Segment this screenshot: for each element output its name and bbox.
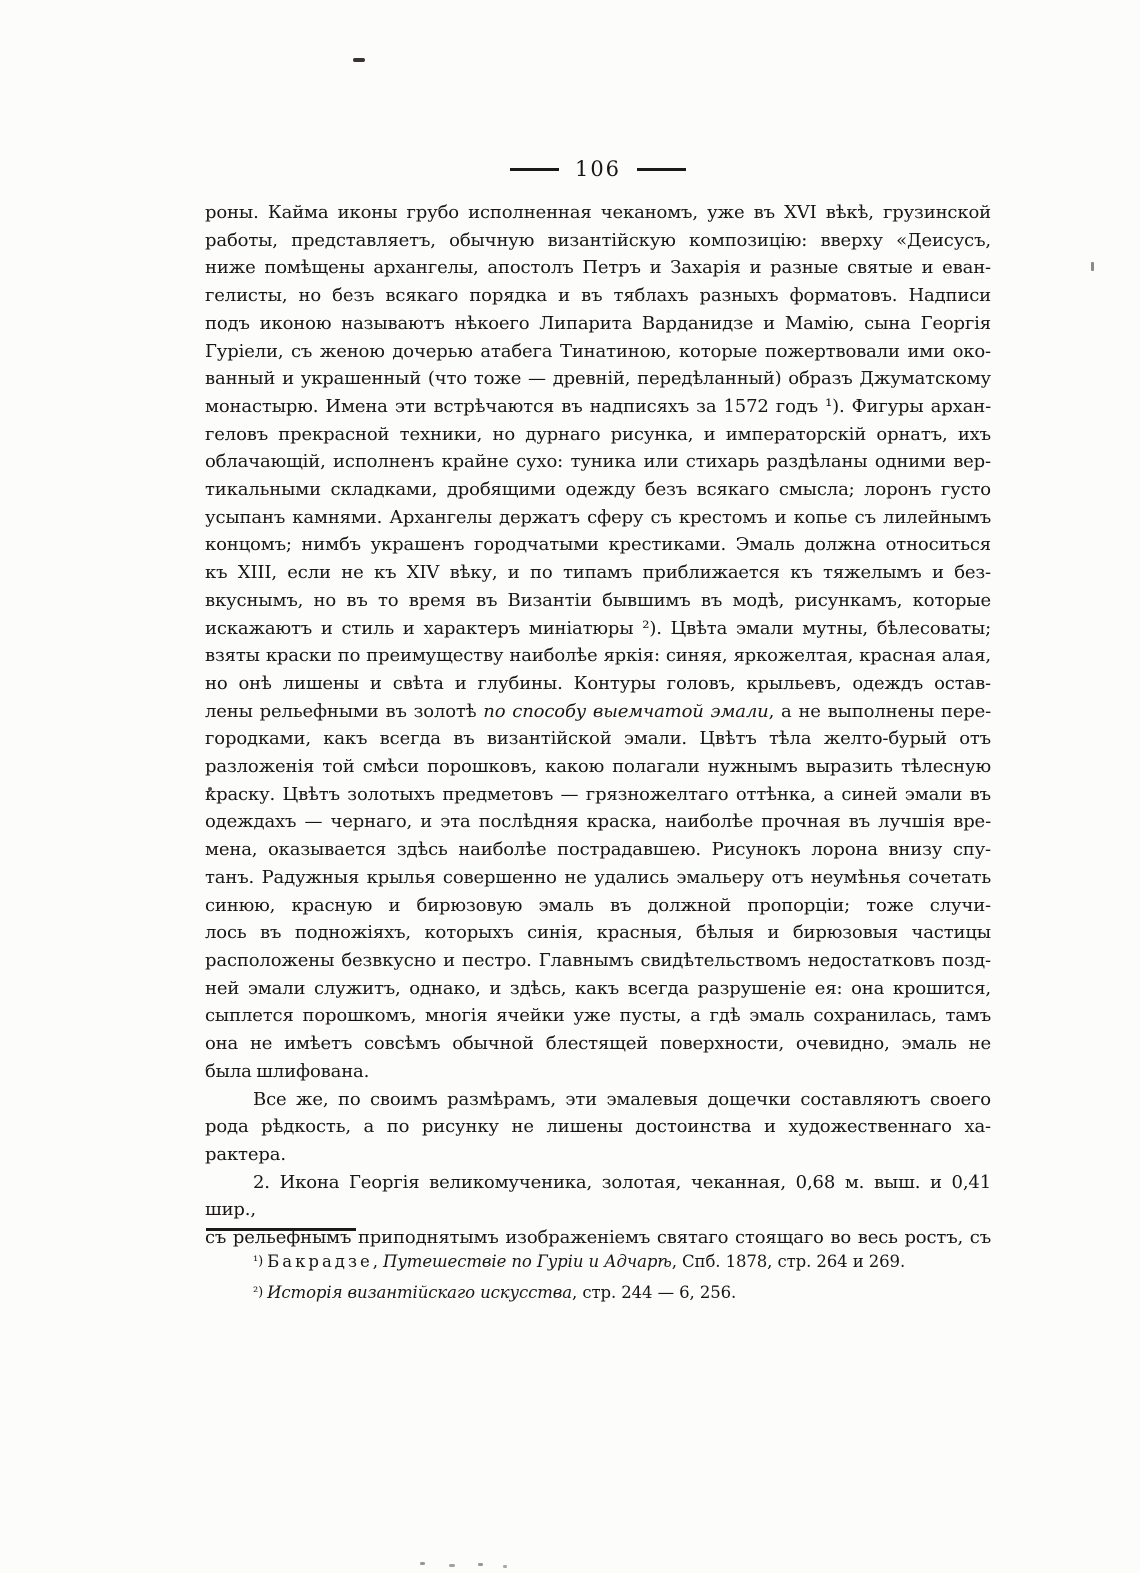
text-segment: лены рельефными въ золотѣ (205, 701, 483, 722)
text-line: ней эмали служитъ, однако, и здѣсь, какъ… (205, 975, 991, 1003)
text-block: роны. Кайма иконы грубо исполненная чека… (205, 199, 991, 1252)
footnote-marker: ¹) (253, 1254, 267, 1269)
text-line: тикальными складками, дробящими одежду б… (205, 476, 991, 504)
text-segment: , а не выполнены пере- (769, 701, 991, 722)
text-line: вкуснымъ, но въ то время въ Византіи быв… (205, 587, 991, 615)
text-line: облачающій, исполненъ крайне сухо: туник… (205, 448, 991, 476)
text-line: лены рельефными въ золотѣ по способу вые… (205, 698, 991, 726)
scan-artifact (353, 58, 365, 62)
text-line: расположены безвкусно и пестро. Главнымъ… (205, 947, 991, 975)
text-line: геловъ прекрасной техники, но дурнаго ри… (205, 421, 991, 449)
text-line: краску. Цвѣтъ золотыхъ предметовъ — гряз… (205, 781, 991, 809)
page-number-rule-right (637, 168, 686, 171)
page-number: 106 (575, 158, 621, 180)
text-line: къ XIII, если не къ XIV вѣку, и по типам… (205, 559, 991, 587)
page-header: 106 (205, 158, 991, 180)
text-line: рода рѣдкость, а по рисунку не лишены до… (205, 1113, 991, 1141)
text-line: ванный и украшенный (что тоже — древній,… (205, 365, 991, 393)
text-line: одеждахъ — чернаго, и эта послѣдняя крас… (205, 808, 991, 836)
scan-artifact (503, 1565, 507, 1568)
text-line: ниже помѣщены архангелы, апостолъ Петръ … (205, 254, 991, 282)
text-line: Гуріели, съ женою дочерью атабега Тинати… (205, 338, 991, 366)
footnotes: ¹) Бакрадзе, Путешествіе по Гуріи и Адча… (205, 1246, 991, 1308)
footnote-1: ¹) Бакрадзе, Путешествіе по Гуріи и Адча… (205, 1246, 991, 1277)
footnote-2: ²) Исторія византійскаго искусства, стр.… (205, 1277, 991, 1308)
text-line: рактера. (205, 1141, 991, 1169)
footnote-title: Путешествіе по Гуріи и Адчарѣ (383, 1252, 672, 1271)
text-line: но онѣ лишены и свѣта и глубины. Контуры… (205, 670, 991, 698)
scan-artifact (1091, 262, 1094, 271)
footnote-author: Бакрадзе (267, 1252, 373, 1271)
footnote-tail: , Спб. 1878, стр. 264 и 269. (672, 1252, 905, 1271)
book-page: 106 роны. Кайма иконы грубо исполненная … (0, 0, 1140, 1573)
text-line: монастырю. Имена эти встрѣчаются въ надп… (205, 393, 991, 421)
text-line: гелисты, но безъ всякаго порядка и въ тя… (205, 282, 991, 310)
page-number-rule-left (510, 168, 559, 171)
footnote-marker: ²) (253, 1285, 267, 1300)
scan-artifact (449, 1564, 455, 1567)
text-line: Все же, по своимъ размѣрамъ, эти эмалевы… (205, 1086, 991, 1114)
text-segment: , (373, 1252, 383, 1271)
text-line: мена, оказывается здѣсь наиболѣе пострад… (205, 836, 991, 864)
text-line: лось въ подножіяхъ, которыхъ синія, крас… (205, 919, 991, 947)
footnote-tail: , стр. 244 — 6, 256. (572, 1283, 736, 1302)
text-line: работы, представляетъ, обычную византійс… (205, 227, 991, 255)
footnote-separator-rule (206, 1228, 356, 1231)
text-line: взяты краски по преимуществу наиболѣе яр… (205, 642, 991, 670)
text-line: синюю, красную и бирюзовую эмаль въ долж… (205, 892, 991, 920)
text-line: была шлифована. (205, 1058, 991, 1086)
text-line: 2. Икона Георгія великомученика, золотая… (205, 1169, 991, 1224)
text-line: она не имѣетъ совсѣмъ обычной блестящей … (205, 1030, 991, 1058)
text-line: городками, какъ всегда въ византійской э… (205, 725, 991, 753)
text-line: концомъ; нимбъ украшенъ городчатыми крес… (205, 531, 991, 559)
text-line: танъ. Радужныя крылья совершенно не удал… (205, 864, 991, 892)
scan-artifact (478, 1563, 483, 1566)
text-line: сыплется порошкомъ, многія ячейки уже пу… (205, 1002, 991, 1030)
scan-artifact (208, 787, 212, 791)
italic-phrase: по способу выемчатой эмали (483, 701, 768, 722)
scan-artifact (420, 1562, 425, 1565)
text-line: роны. Кайма иконы грубо исполненная чека… (205, 199, 991, 227)
footnote-title: Исторія византійскаго искусства (267, 1283, 572, 1302)
text-line: усыпанъ камнями. Архангелы держатъ сферу… (205, 504, 991, 532)
text-line: разложенія той смѣси порошковъ, какою по… (205, 753, 991, 781)
text-line: искажаютъ и стиль и характеръ миніатюры … (205, 615, 991, 643)
text-line: подъ иконою называютъ нѣкоего Липарита В… (205, 310, 991, 338)
